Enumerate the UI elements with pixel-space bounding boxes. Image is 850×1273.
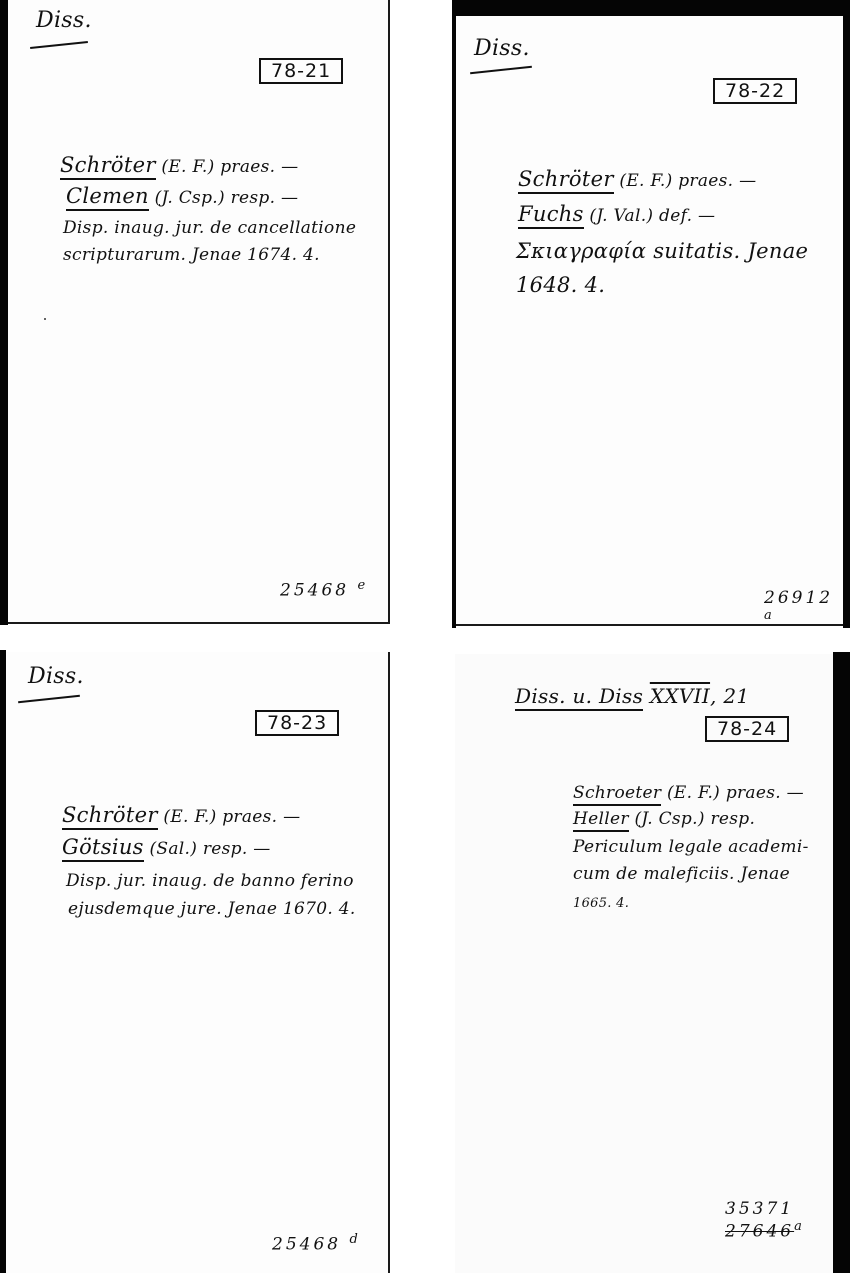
title-line: Disp. inaug. jur. de cancellatione	[63, 215, 356, 242]
catalog-card: Diss. 78-23 Schröter (E. F.) praes. — Gö…	[6, 652, 390, 1273]
title-line: Periculum legale academi-	[573, 834, 809, 861]
accession-digits: 35371	[725, 1200, 802, 1218]
category-number: , 21	[710, 684, 749, 708]
accession-digits: 25468	[272, 1235, 341, 1255]
presider-line: Schröter (E. F.) praes. —	[518, 166, 756, 195]
catalog-card: Diss. 78-21 Schröter (E. F.) praes. — Cl…	[8, 0, 390, 624]
category-underline	[30, 41, 88, 49]
card-edge	[8, 622, 390, 624]
category-mark: Diss.	[28, 664, 84, 689]
accession-suffix: a	[764, 608, 772, 623]
respondent-line: Heller (J. Csp.) resp.	[573, 806, 755, 833]
respondent-detail: (J. Csp.) resp. —	[155, 188, 299, 208]
catalog-card: Diss. 78-22 Schröter (E. F.) praes. — Fu…	[456, 16, 843, 626]
card-edge	[388, 652, 390, 1273]
accession-digits: 26912	[764, 588, 833, 608]
accession-number: 35371 27646a	[725, 1200, 802, 1241]
title-line: Σκιαγραφία suitatis. Jenae	[516, 238, 808, 265]
category-mark: Diss. u. Diss XXVII, 21	[515, 684, 749, 708]
author-name: Schroeter	[573, 783, 661, 806]
author-detail: (E. F.) praes. —	[619, 171, 756, 191]
presider-line: Schroeter (E. F.) praes. —	[573, 780, 804, 807]
author-detail: (E. F.) praes. —	[161, 157, 298, 177]
author-name: Schröter	[60, 153, 156, 180]
title-line: 1648. 4.	[516, 272, 605, 299]
call-number: 78-24	[705, 716, 789, 742]
respondent-name: Götsius	[62, 835, 144, 862]
scan-border-top-right	[455, 0, 850, 16]
scan-border-right-bottom	[833, 652, 850, 1273]
author-detail: (E. F.) praes. —	[163, 807, 300, 827]
scan-border-left-top	[0, 0, 8, 625]
call-number: 78-23	[255, 710, 339, 736]
category-volume: XXVII	[650, 684, 710, 708]
accession-suffix: a	[794, 1219, 802, 1234]
category-underline	[18, 695, 80, 703]
respondent-detail: (J. Csp.) resp.	[634, 809, 755, 829]
accession-suffix: d	[350, 1232, 358, 1247]
title-line: Disp. jur. inaug. de banno ferino	[66, 868, 354, 895]
category-underline	[470, 66, 532, 74]
card-edge	[388, 0, 390, 624]
call-number: 78-21	[259, 58, 343, 84]
accession-digits: 25468	[280, 581, 349, 601]
category-prefix: Diss. u. Diss	[515, 684, 643, 711]
author-name: Schröter	[518, 167, 614, 194]
defendant-line: Fuchs (J. Val.) def. —	[518, 201, 715, 230]
accession-number: 25468 e	[280, 578, 365, 601]
catalog-card: Diss. u. Diss XXVII, 21 78-24 Schroeter …	[455, 654, 833, 1273]
respondent-name: Heller	[573, 809, 629, 832]
title-line: 1665. 4.	[573, 890, 629, 917]
respondent-name: Clemen	[66, 184, 149, 211]
category-mark: Diss.	[36, 8, 92, 33]
old-accession-digits: 27646	[725, 1222, 794, 1242]
accession-number: 25468 d	[272, 1232, 358, 1255]
accession-suffix: e	[358, 578, 366, 593]
defendant-detail: (J. Val.) def. —	[589, 206, 715, 226]
presider-line: Schröter (E. F.) praes. —	[60, 152, 298, 181]
title-line: ejusdemque jure. Jenae 1670. 4.	[68, 896, 356, 923]
respondent-line: Götsius (Sal.) resp. —	[62, 834, 271, 863]
respondent-detail: (Sal.) resp. —	[149, 839, 270, 859]
title-line: cum de maleficiis. Jenae	[573, 861, 790, 888]
call-number: 78-22	[713, 78, 797, 104]
respondent-line: Clemen (J. Csp.) resp. —	[66, 183, 298, 212]
presider-line: Schröter (E. F.) praes. —	[62, 802, 300, 831]
defendant-name: Fuchs	[518, 202, 584, 229]
category-mark: Diss.	[474, 36, 530, 61]
speck	[44, 318, 46, 320]
author-detail: (E. F.) praes. —	[667, 783, 804, 803]
accession-number: 26912 a	[764, 588, 843, 626]
author-name: Schröter	[62, 803, 158, 830]
scan-border-right-top	[843, 0, 850, 628]
title-line: scripturarum. Jenae 1674. 4.	[63, 242, 320, 269]
